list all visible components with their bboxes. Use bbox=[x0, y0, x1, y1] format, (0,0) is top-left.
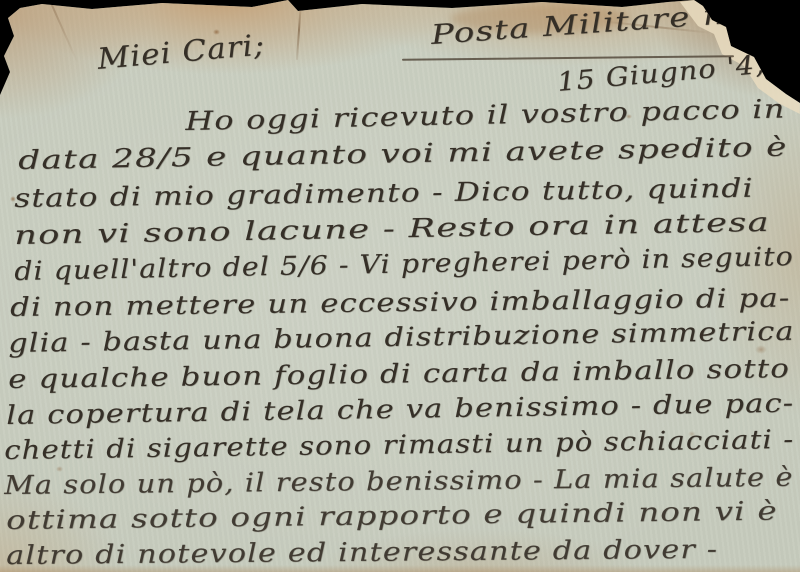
letter-line-13: altro di notevole ed interessante da dov… bbox=[6, 535, 718, 571]
scanned-letter: Posta Militare n. 15 Giugno '4, Miei Car… bbox=[0, 0, 800, 572]
letter-line-9: la copertura di tela che va benissimo - … bbox=[6, 389, 794, 431]
letter-line-1: Ho oggi ricevuto il vostro pacco in bbox=[185, 94, 786, 137]
letter-line-6: di non mettere un eccessivo imballaggio … bbox=[10, 283, 791, 323]
letter-line-12: ottima sotto ogni rapporto e quindi non … bbox=[6, 497, 778, 536]
letter-line-2: data 28/5 e quanto voi mi avete spedito … bbox=[18, 133, 788, 176]
letter-line-7: glia - basta una buona distribuzione sim… bbox=[8, 317, 795, 359]
paper-crease-vertical bbox=[296, 0, 302, 60]
letter-line-11: Ma solo un pò, il resto benissimo - La m… bbox=[4, 463, 794, 501]
letter-line-8: e qualche buon foglio di carta da imball… bbox=[8, 354, 790, 395]
letter-line-3: stato di mio gradimento - Dico tutto, qu… bbox=[14, 174, 754, 214]
letter-line-10: chetti di sigarette sono rimasti un pò s… bbox=[4, 425, 794, 466]
letter-paper: Posta Militare n. 15 Giugno '4, Miei Car… bbox=[0, 0, 800, 572]
salutation: Miei Cari; bbox=[96, 27, 266, 76]
paper-crease-diagonal bbox=[47, 0, 78, 63]
